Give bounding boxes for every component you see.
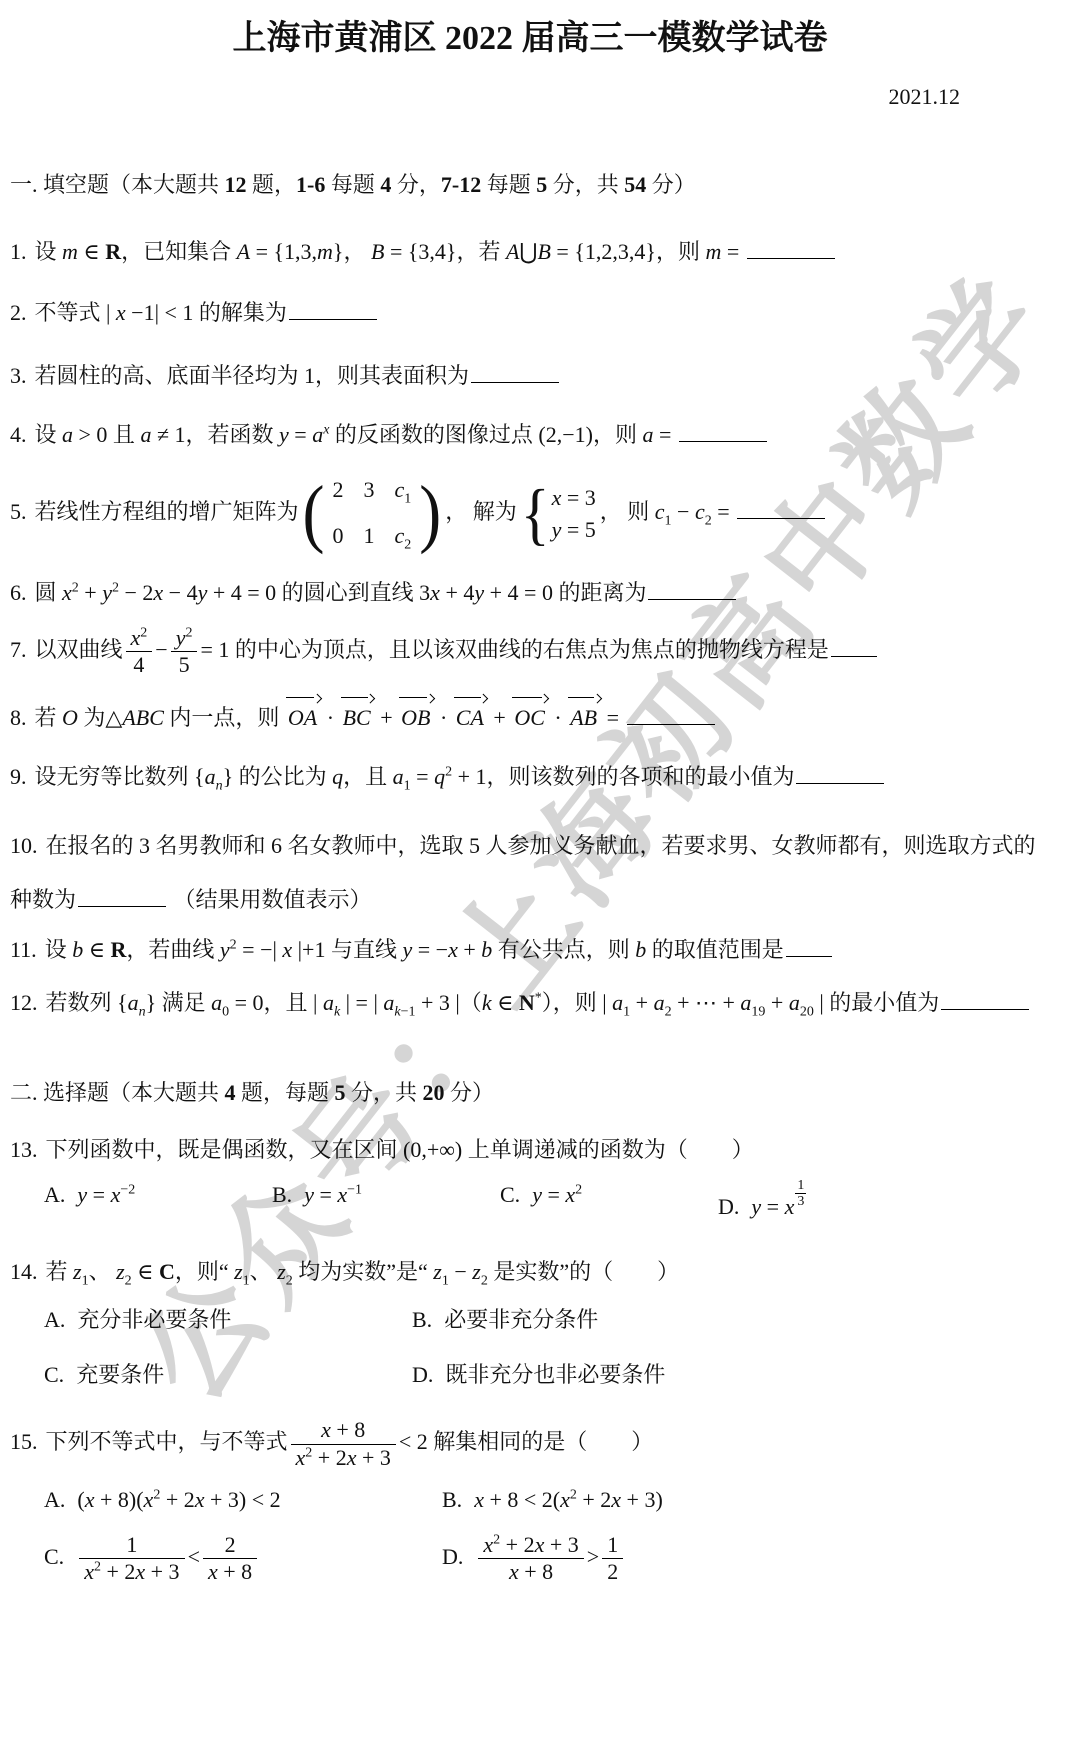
option-13-d: D.y = x13 [718,1178,1050,1223]
question-body: 设 b ∈ R，若曲线 y2 = −| x |+1 与直线 y = −x + b… [45,937,834,962]
question-number: 4. [10,422,27,447]
question-11: 11.设 b ∈ R，若曲线 y2 = −| x |+1 与直线 y = −x … [10,933,1050,966]
page-title: 上海市黄浦区 2022 届高三一模数学试卷 [10,16,1050,62]
question-9: 9.设无穷等比数列 {an} 的公比为 q，且 a1 = q2 + 1，则该数列… [10,760,1050,796]
question-10: 10.在报名的 3 名男教师和 6 名女教师中，选取 5 人参加义务献血，若要求… [10,819,1050,927]
question-body: 以双曲线x24−y25= 1 的中心为顶点，且以该双曲线的右焦点为焦点的抛物线方… [35,637,879,662]
question-body: 若圆柱的高、底面半径均为 1，则其表面积为 [35,363,562,388]
option-body: 1x2 + 2x + 3<2x + 8 [76,1544,260,1569]
question-14: 14.若 z1、 z2 ∈ C，则“ z1、 z2 均为实数”是“ z1 − z… [10,1255,1050,1391]
question-6: 6.圆 x2 + y2 − 2x − 4y + 4 = 0 的圆心到直线 3x … [10,576,1050,609]
option-13-b: B.y = x−1 [272,1178,500,1223]
question-number: 9. [10,764,27,789]
option-15-a: A.(x + 8)(x2 + 2x + 3) < 2 [44,1483,442,1516]
question-7: 7.以双曲线x24−y25= 1 的中心为顶点，且以该双曲线的右焦点为焦点的抛物… [10,625,1050,679]
option-15-d: D.x2 + 2x + 3x + 8>12 [442,1532,1050,1586]
question-body: 若线性方程组的增广矩阵为(23c101c2)， 解为{x = 3y = 5， 则… [35,499,828,524]
exam-page: 上海市黄浦区 2022 届高三一模数学试卷 2021.12 一. 填空题（本大题… [0,16,1080,1586]
option-14-a: A.充分非必要条件 [44,1303,412,1336]
option-body: y = x−1 [304,1182,362,1207]
option-14-b: B.必要非充分条件 [412,1303,1050,1336]
option-label: A. [44,1307,65,1332]
option-body: 充要条件 [76,1362,164,1387]
option-body: x + 8 < 2(x2 + 2x + 3) [474,1487,663,1512]
option-label: C. [500,1182,520,1207]
question-number: 8. [10,705,27,730]
exam-date: 2021.12 [10,84,960,110]
question-body: 不等式 | x −1| < 1 的解集为 [35,300,379,325]
option-label: D. [412,1362,433,1387]
question-body: 下列函数中，既是偶函数，又在区间 (0,+∞) 上单调递减的函数为（ ） [46,1137,754,1162]
option-body: 既非充分也非必要条件 [445,1362,665,1387]
option-label: D. [718,1194,739,1219]
options-13: A.y = x−2 B.y = x−1 C.y = x2 D.y = x13 [10,1178,1050,1223]
question-number: 1. [10,239,27,264]
question-body: 设 a > 0 且 a ≠ 1，若函数 y = ax 的反函数的图像过点 (2,… [35,422,769,447]
question-body: 若数列 {an} 满足 a0 = 0，且 | ak | = | ak−1 + 3… [46,990,1032,1015]
question-body: 若 z1、 z2 ∈ C，则“ z1、 z2 均为实数”是“ z1 − z2 是… [46,1259,680,1284]
option-13-a: A.y = x−2 [44,1178,272,1223]
question-number: 15. [10,1429,38,1454]
question-1: 1.设 m ∈ R，已知集合 A = {1,3,m}， B = {3,4}，若 … [10,235,1050,268]
option-body: x2 + 2x + 3x + 8>12 [475,1544,626,1569]
question-body: 在报名的 3 名男教师和 6 名女教师中，选取 5 人参加义务献血，若要求男、女… [10,833,1036,912]
section-2-heading: 二. 选择题（本大题共 4 题，每题 5 分，共 20 分） [10,1076,1050,1109]
option-label: A. [44,1487,65,1512]
question-13: 13.下列函数中，既是偶函数，又在区间 (0,+∞) 上单调递减的函数为（ ） … [10,1133,1050,1223]
question-number: 6. [10,580,27,605]
question-number: 3. [10,363,27,388]
option-body: y = x13 [751,1194,806,1219]
option-body: y = x−2 [77,1182,135,1207]
option-label: B. [442,1487,462,1512]
question-body: 若 O 为△ABC 内一点，则 OA · BC + OB · CA + OC ·… [35,705,717,730]
options-14: A.充分非必要条件 B.必要非充分条件 C.充要条件 D.既非充分也非必要条件 [10,1303,1050,1391]
question-number: 10. [10,833,38,858]
option-label: C. [44,1362,64,1387]
question-body: 下列不等式中，与不等式x + 8x2 + 2x + 3< 2 解集相同的是（ ） [46,1429,654,1454]
option-label: B. [272,1182,292,1207]
question-body: 设 m ∈ R，已知集合 A = {1,3,m}， B = {3,4}，若 A⋃… [35,239,837,264]
option-body: 必要非充分条件 [444,1307,598,1332]
question-8: 8.若 O 为△ABC 内一点，则 OA · BC + OB · CA + OC… [10,696,1050,734]
option-15-b: B.x + 8 < 2(x2 + 2x + 3) [442,1483,1050,1516]
question-12: 12.若数列 {an} 满足 a0 = 0，且 | ak | = | ak−1 … [10,976,1050,1030]
question-4: 4.设 a > 0 且 a ≠ 1，若函数 y = ax 的反函数的图像过点 (… [10,418,1050,451]
option-body: (x + 8)(x2 + 2x + 3) < 2 [77,1487,280,1512]
question-number: 2. [10,300,27,325]
question-body: 圆 x2 + y2 − 2x − 4y + 4 = 0 的圆心到直线 3x + … [35,580,739,605]
question-5: 5.若线性方程组的增广矩阵为(23c101c2)， 解为{x = 3y = 5，… [10,473,1050,556]
option-label: D. [442,1544,463,1569]
option-label: B. [412,1307,432,1332]
option-15-c: C.1x2 + 2x + 3<2x + 8 [44,1532,442,1586]
option-14-c: C.充要条件 [44,1358,412,1391]
question-body: 设无穷等比数列 {an} 的公比为 q，且 a1 = q2 + 1，则该数列的各… [35,764,887,789]
options-15: A.(x + 8)(x2 + 2x + 3) < 2 B.x + 8 < 2(x… [10,1483,1050,1586]
question-number: 5. [10,499,27,524]
option-label: A. [44,1182,65,1207]
option-13-c: C.y = x2 [500,1178,718,1223]
option-body: 充分非必要条件 [77,1307,231,1332]
option-body: y = x2 [532,1182,582,1207]
question-number: 7. [10,637,27,662]
question-15: 15.下列不等式中，与不等式x + 8x2 + 2x + 3< 2 解集相同的是… [10,1417,1050,1586]
question-2: 2.不等式 | x −1| < 1 的解集为 [10,296,1050,329]
section-1-heading: 一. 填空题（本大题共 12 题，1-6 每题 4 分，7-12 每题 5 分，… [10,168,1050,201]
option-14-d: D.既非充分也非必要条件 [412,1358,1050,1391]
question-3: 3.若圆柱的高、底面半径均为 1，则其表面积为 [10,359,1050,392]
question-number: 14. [10,1259,38,1284]
option-label: C. [44,1544,64,1569]
question-number: 11. [10,937,37,962]
question-number: 13. [10,1137,38,1162]
question-number: 12. [10,990,38,1015]
